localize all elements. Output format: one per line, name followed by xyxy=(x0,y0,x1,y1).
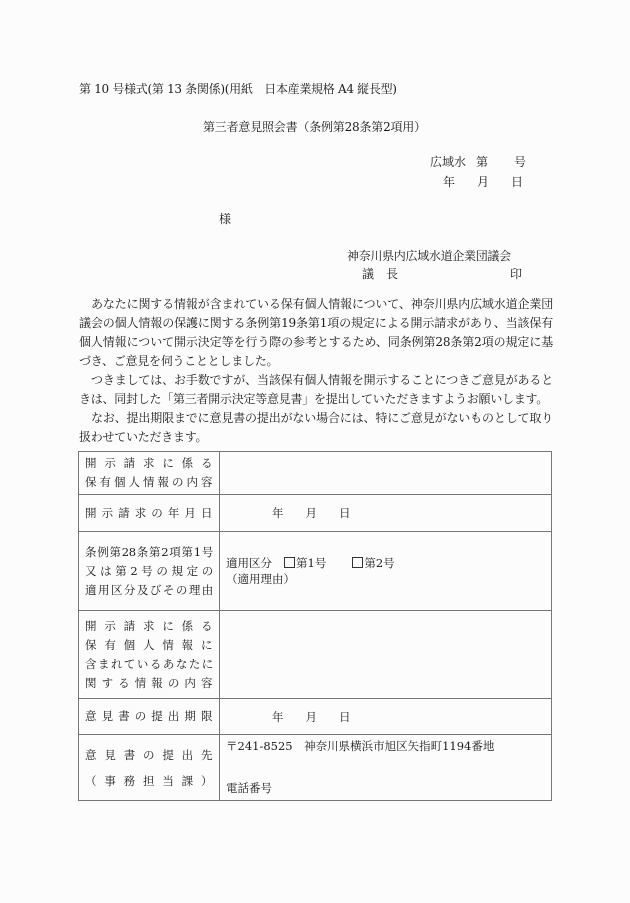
deadline-field[interactable]: 年月日 xyxy=(220,699,552,735)
category-label: 適用区分 xyxy=(226,556,272,570)
row-label: 開示請求に係る 保有個人情報の内容 xyxy=(79,452,220,495)
addressee-suffix: 様 xyxy=(219,212,231,226)
body-paragraph: なお、提出期限までに意見書の提出がない場合には、特にご意見がないものとして取り扱… xyxy=(79,409,553,447)
checkbox-no1[interactable] xyxy=(284,557,295,568)
sender-organization: 神奈川県内広域水道企業団議会 xyxy=(347,249,511,263)
reference-date: 年月日 xyxy=(443,175,523,189)
submission-destination-field: 〒241-8525 神奈川県横浜市旭区矢指町1194番地 電話番号 xyxy=(220,735,552,801)
option-no2[interactable]: 第2号 xyxy=(352,555,394,571)
reference-go: 号 xyxy=(514,155,526,169)
your-info-field[interactable] xyxy=(220,611,552,699)
body-text: あなたに関する情報が含まれている保有個人情報について、神奈川県内広域水道企業団議… xyxy=(79,295,553,447)
reference-number: 広域水第号 xyxy=(430,155,526,169)
checkbox-no2[interactable] xyxy=(352,557,363,568)
row-label: 条例第28条第2項第1号 又は第2号の規定の 適用区分及びその理由 xyxy=(79,532,220,611)
month-label: 月 xyxy=(306,505,318,521)
body-paragraph: つきましては、お手数ですが、当該保有個人情報を開示することにつきご意見があるとき… xyxy=(79,371,553,409)
table-row-submission-destination: 意見書の提出先 （事務担当課） 〒241-8525 神奈川県横浜市旭区矢指町11… xyxy=(79,735,552,801)
table-row-requested-info: 開示請求に係る 保有個人情報の内容 xyxy=(79,452,552,495)
reference-month: 月 xyxy=(477,175,489,189)
address-text: 〒241-8525 神奈川県横浜市旭区矢指町1194番地 xyxy=(226,738,545,754)
reason-label: （適用理由） xyxy=(226,571,545,587)
form-number: 第 10 号様式(第 13 条関係)(用紙 日本産業規格 A4 縦長型) xyxy=(79,82,397,96)
row-label: 意見書の提出先 （事務担当課） xyxy=(79,735,220,801)
year-label: 年 xyxy=(272,709,284,725)
day-label: 日 xyxy=(339,709,351,725)
document-title: 第三者意見照会書（条例第28条第2項用） xyxy=(203,120,426,134)
row-label: 開示請求の年月日 xyxy=(79,495,220,532)
phone-label: 電話番号 xyxy=(226,780,545,796)
reference-dai: 第 xyxy=(476,155,488,169)
reference-year: 年 xyxy=(443,175,455,189)
body-paragraph: あなたに関する情報が含まれている保有個人情報について、神奈川県内広域水道企業団議… xyxy=(79,295,553,371)
reference-day: 日 xyxy=(511,175,523,189)
day-label: 日 xyxy=(339,505,351,521)
table-row-applicable-category: 条例第28条第2項第1号 又は第2号の規定の 適用区分及びその理由 適用区分第1… xyxy=(79,532,552,611)
inquiry-form-table: 開示請求に係る 保有個人情報の内容 開示請求の年月日 年月日 条例第28条第2項… xyxy=(78,451,552,801)
month-label: 月 xyxy=(306,709,318,725)
request-date-field[interactable]: 年月日 xyxy=(220,495,552,532)
row-label: 意見書の提出期限 xyxy=(79,699,220,735)
reference-prefix: 広域水 xyxy=(430,155,466,169)
table-row-deadline: 意見書の提出期限 年月日 xyxy=(79,699,552,735)
table-row-your-info: 開示請求に係る 保有個人情報に 含まれているあなたに 関する情報の内容 xyxy=(79,611,552,699)
applicable-category-field: 適用区分第1号第2号 （適用理由） xyxy=(220,532,552,611)
option-no1[interactable]: 第1号 xyxy=(284,555,326,571)
table-row-request-date: 開示請求の年月日 年月日 xyxy=(79,495,552,532)
sender-title: 議 長 xyxy=(362,267,398,281)
seal-mark: 印 xyxy=(510,267,522,281)
requested-info-field[interactable] xyxy=(220,452,552,495)
row-label: 開示請求に係る 保有個人情報に 含まれているあなたに 関する情報の内容 xyxy=(79,611,220,699)
year-label: 年 xyxy=(272,505,284,521)
